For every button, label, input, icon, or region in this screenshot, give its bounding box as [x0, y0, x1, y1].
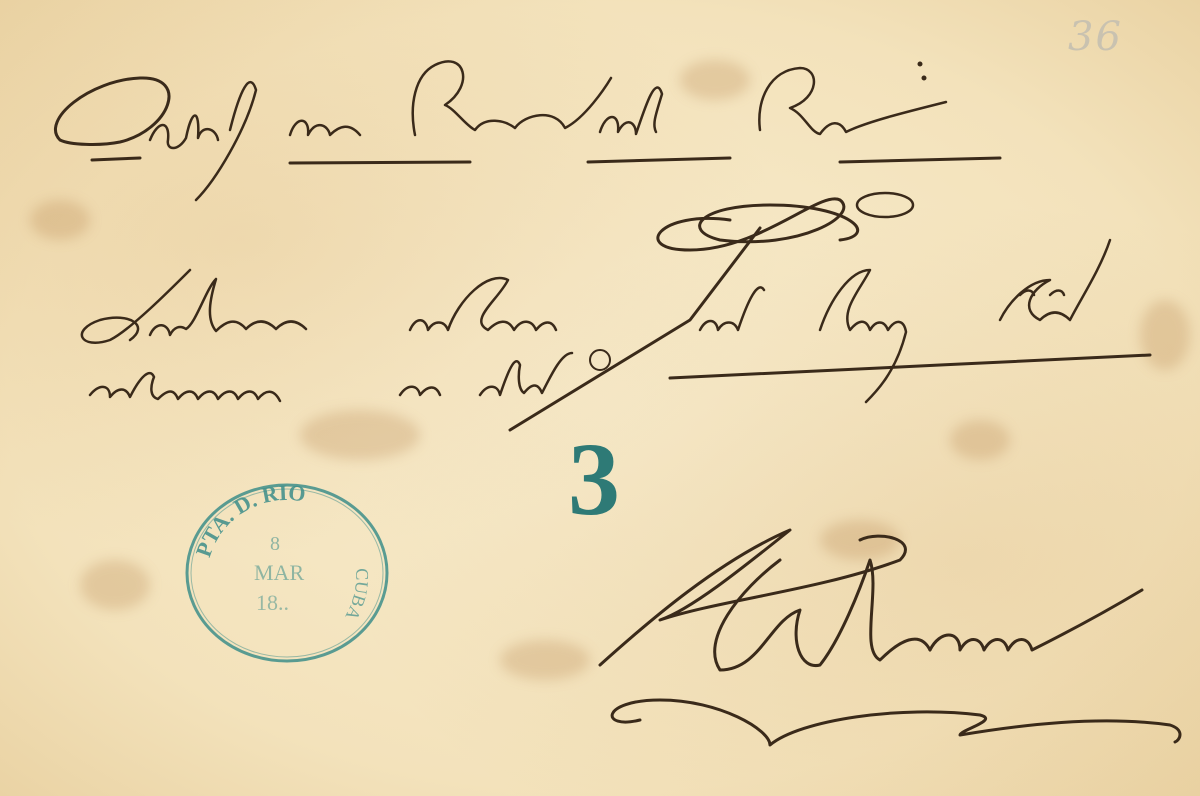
svg-text:PTA. D. RIO: PTA. D. RIO: [190, 480, 306, 560]
postmark-year: 18..: [256, 590, 289, 615]
postal-cover: 36: [0, 0, 1200, 796]
handwriting-ink: [0, 0, 1200, 796]
postmark-month: MAR: [254, 560, 304, 585]
postmark-bottom-text: CUBA: [342, 568, 373, 624]
postmark-top-text: PTA. D. RIO: [190, 480, 306, 560]
postmark-day: 8: [270, 533, 280, 555]
rate-handstamp: 3: [568, 428, 620, 532]
svg-text:CUBA: CUBA: [342, 568, 373, 624]
circular-postmark: PTA. D. RIO CUBA 8 MAR 18..: [182, 478, 392, 664]
